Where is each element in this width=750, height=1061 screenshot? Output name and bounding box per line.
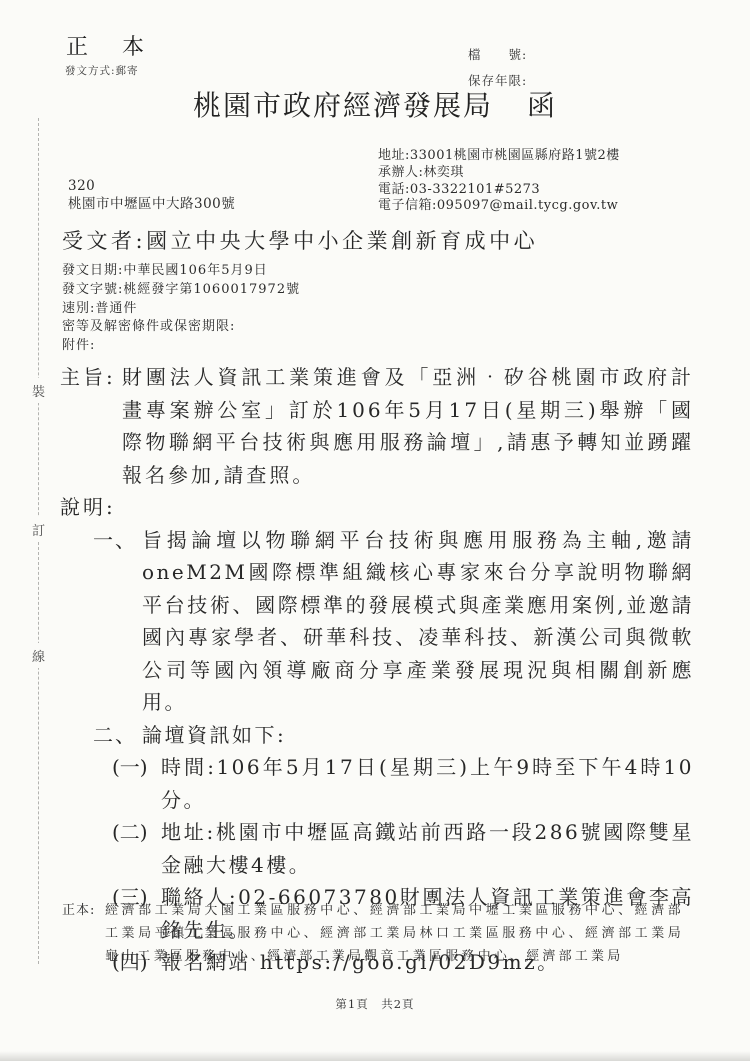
forum-address-text: 地址:桃園市中壢區高鐵站前西路一段286號國際雙星金融大樓4樓。 <box>161 816 694 881</box>
description-item-1: 一、 旨揭論壇以物聯網平台技術與應用服務為主軸,邀請oneM2M國際標準組織核心… <box>93 524 694 719</box>
item-number: 一、 <box>93 524 142 719</box>
forum-address-item: (二) 地址:桃園市中壢區高鐵站前西路一段286號國際雙星金融大樓4樓。 <box>112 816 694 881</box>
item-number: 二、 <box>93 719 142 752</box>
forum-time-text: 時間:106年5月17日(星期三)上午9時至下午4時10分。 <box>161 751 694 816</box>
document-title: 桃園市政府經濟發展局函 <box>0 84 750 124</box>
delivery-method-label: 發文方式:郵寄 <box>65 63 139 78</box>
recipient-mailing-block: 320 桃園市中壢區中大路300號 <box>68 178 235 213</box>
description-label: 說明: <box>60 491 694 524</box>
sender-phone: 電話:03-3322101#5273 <box>378 182 620 199</box>
file-number-label: 檔 號: <box>468 42 527 68</box>
description-item-2: 二、 論壇資訊如下: <box>93 719 694 752</box>
doc-type-label: 函 <box>527 89 557 122</box>
cc-label: 正本: <box>62 900 105 968</box>
sender-address: 地址:33001桃園市桃園區縣府路1號2樓 <box>378 148 620 165</box>
attachment-label: 附件: <box>62 337 300 356</box>
item-text: 旨揭論壇以物聯網平台技術與應用服務為主軸,邀請oneM2M國際標準組織核心專家來… <box>142 524 694 719</box>
binding-mark-ding: 訂 <box>31 517 46 542</box>
subject-section: 主旨: 財團法人資訊工業策進會及「亞洲‧矽谷桃園市政府計畫專案辦公室」訂於106… <box>60 361 694 491</box>
scanned-official-letter: 裝 訂 線 正 本 發文方式:郵寄 檔 號: 保存年限: 桃園市政府經濟發展局函… <box>0 0 750 1061</box>
item-text: 論壇資訊如下: <box>142 719 694 752</box>
issue-date: 發文日期:中華民國106年5月9日 <box>62 262 300 281</box>
issuing-org-name: 桃園市政府經濟發展局 <box>193 89 493 122</box>
recipient-postal-code: 320 <box>68 178 235 196</box>
subject-label: 主旨: <box>60 361 122 491</box>
document-meta-block: 發文日期:中華民國106年5月9日 發文字號:桃經發字第1060017972號 … <box>62 262 300 356</box>
binding-mark-zhuang: 裝 <box>31 378 46 403</box>
document-number: 發文字號:桃經發字第1060017972號 <box>62 281 300 300</box>
copy-type-label: 正 本 <box>66 30 150 61</box>
recipient-street-address: 桃園市中壢區中大路300號 <box>68 196 235 214</box>
cc-text: 經濟部工業局大園工業區服務中心、經濟部工業局中壢工業區服務中心、經濟部工業局平鎮… <box>105 900 684 968</box>
security-class: 密等及解密條件或保密期限: <box>62 318 300 337</box>
scan-bottom-shadow <box>0 1051 750 1061</box>
subitem-number: (二) <box>112 816 161 881</box>
page-number: 第1頁 共2頁 <box>0 996 750 1012</box>
sender-contact-person: 承辦人:林奕琪 <box>378 165 620 182</box>
letter-body: 主旨: 財團法人資訊工業策進會及「亞洲‧矽谷桃園市政府計畫專案辦公室」訂於106… <box>60 361 694 979</box>
original-copy-recipients: 正本: 經濟部工業局大園工業區服務中心、經濟部工業局中壢工業區服務中心、經濟部工… <box>62 900 684 968</box>
recipient-line: 受文者:國立中央大學中小企業創新育成中心 <box>62 225 538 255</box>
subject-text: 財團法人資訊工業策進會及「亞洲‧矽谷桃園市政府計畫專案辦公室」訂於106年5月1… <box>122 361 694 491</box>
binding-mark-xian: 線 <box>31 643 46 668</box>
sender-contact-block: 地址:33001桃園市桃園區縣府路1號2樓 承辦人:林奕琪 電話:03-3322… <box>378 148 620 215</box>
subitem-number: (一) <box>112 751 161 816</box>
forum-time-item: (一) 時間:106年5月17日(星期三)上午9時至下午4時10分。 <box>112 751 694 816</box>
speed-class: 速別:普通件 <box>62 300 300 319</box>
sender-email: 電子信箱:095097@mail.tycg.gov.tw <box>378 198 620 215</box>
